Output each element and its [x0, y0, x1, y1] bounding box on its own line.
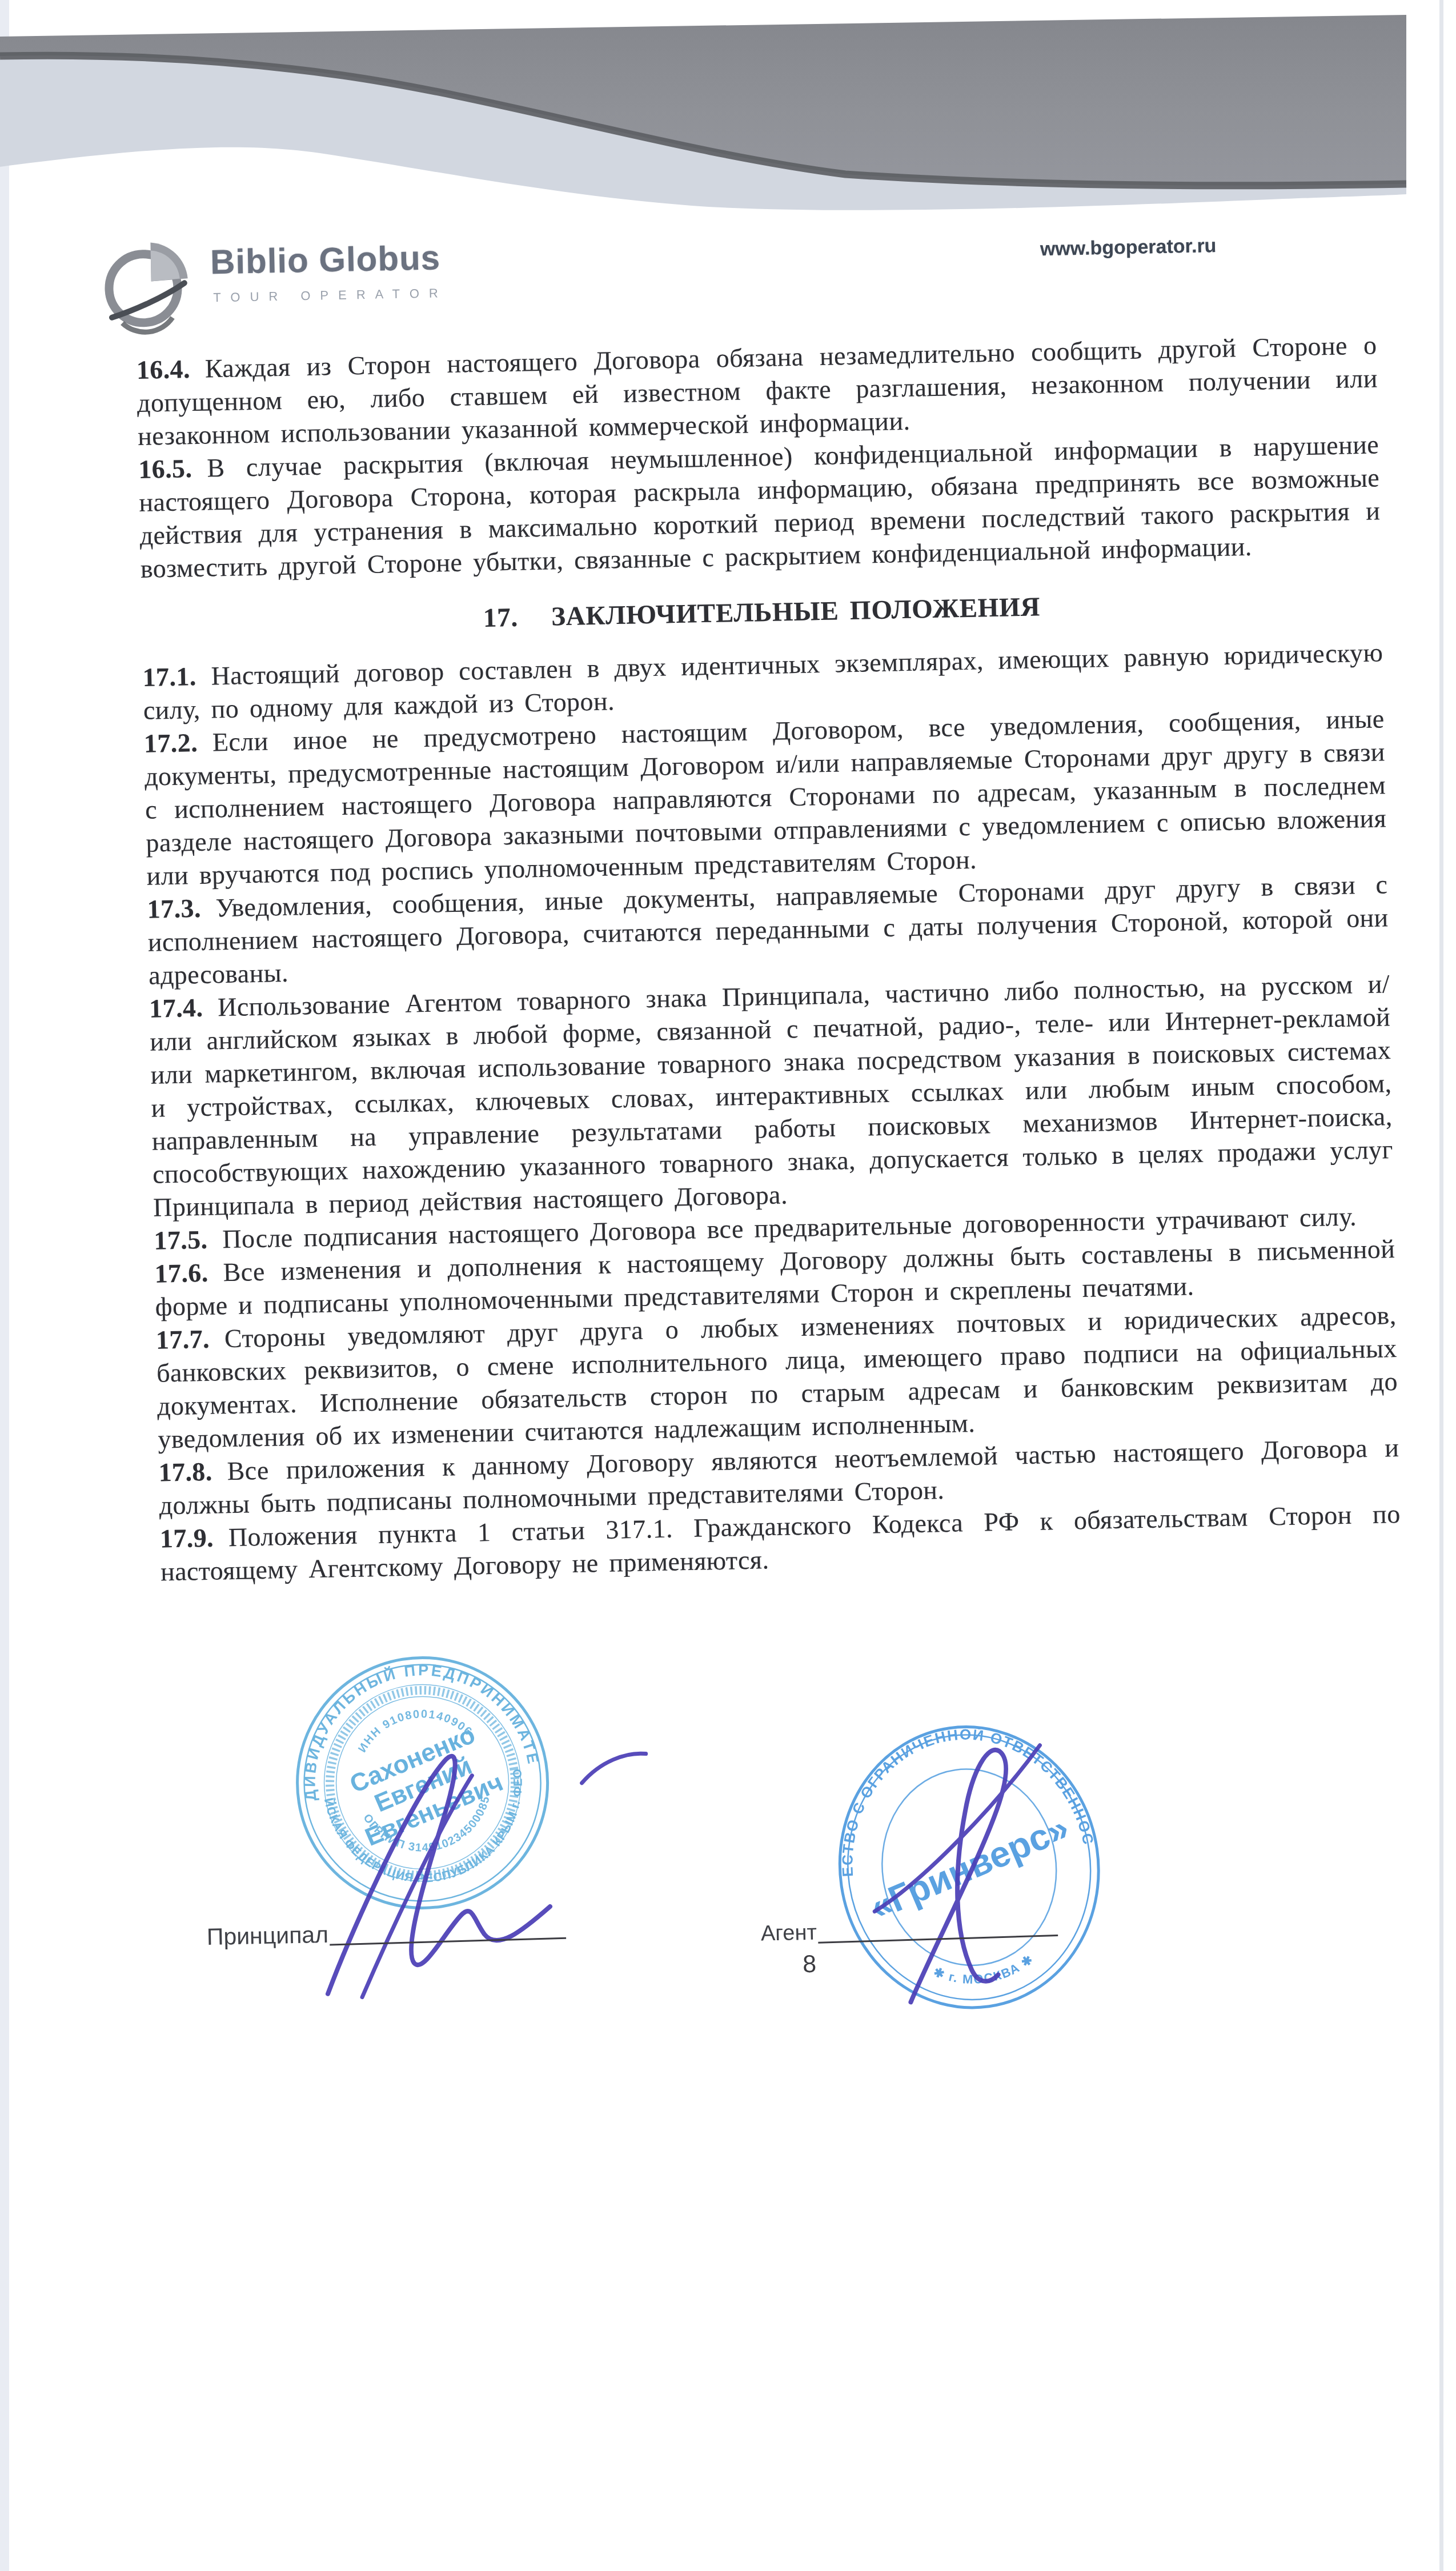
contract-body: 16.4.Каждая из Сторон настоящего Договор… [136, 329, 1401, 1588]
section-title: ЗАКЛЮЧИТЕЛЬНЫЕ ПОЛОЖЕНИЯ [551, 592, 1041, 631]
section-heading: 17.ЗАКЛЮЧИТЕЛЬНЫЕ ПОЛОЖЕНИЯ [141, 583, 1382, 642]
clause-number: 17.4. [149, 992, 218, 1023]
principal-signature-ink [288, 1727, 682, 2003]
clause-17-4: 17.4.Использование Агентом товарного зна… [149, 967, 1394, 1224]
section-number: 17. [483, 603, 518, 633]
logo-wordmark: Biblio Globus [210, 238, 440, 282]
clause-number: 17.5. [154, 1224, 223, 1255]
website-url: www.bgoperator.ru [1040, 235, 1217, 261]
clause-number: 17.7. [155, 1324, 224, 1354]
biblio-globus-logo-icon [95, 230, 198, 338]
clause-17-2: 17.2.Если иное не предусмотрено настоящи… [143, 702, 1387, 893]
agent-label: Агент [761, 1921, 817, 1947]
clause-text: Стороны уведомляют друг друга о любых из… [157, 1300, 1398, 1454]
clause-text: В случае раскрытия (включая неумышленное… [139, 430, 1381, 583]
clause-number: 17.3. [147, 893, 216, 923]
logo: Biblio Globus TOUR OPERATOR [95, 220, 532, 343]
logo-tagline: TOUR OPERATOR [213, 286, 448, 305]
principal-label: Принципал [206, 1921, 328, 1951]
clause-text: Если иное не предусмотрено настоящим Дог… [145, 704, 1387, 891]
clause-17-7: 17.7.Стороны уведомляют друг друга о люб… [155, 1299, 1398, 1456]
clause-number: 16.5. [138, 454, 207, 484]
page-number: 8 [803, 1951, 817, 1979]
clause-number: 17.1. [142, 661, 211, 691]
clause-number: 17.6. [154, 1258, 223, 1288]
clause-number: 16.4. [136, 354, 205, 385]
clause-number: 17.9. [159, 1523, 228, 1553]
clause-number: 17.2. [143, 727, 212, 758]
clause-text: Использование Агентом товарного знака Пр… [150, 969, 1393, 1222]
clause-number: 17.8. [158, 1456, 227, 1487]
agent-signature-ink [865, 1713, 1065, 2020]
scan-content: Biblio Globus TOUR OPERATOR www.bgoperat… [0, 0, 1456, 2571]
scanned-contract-page: { "header": { "logo_name": "Biblio Globu… [0, 0, 1456, 2571]
clause-16-5: 16.5.В случае раскрытия (включая неумышл… [138, 428, 1381, 586]
